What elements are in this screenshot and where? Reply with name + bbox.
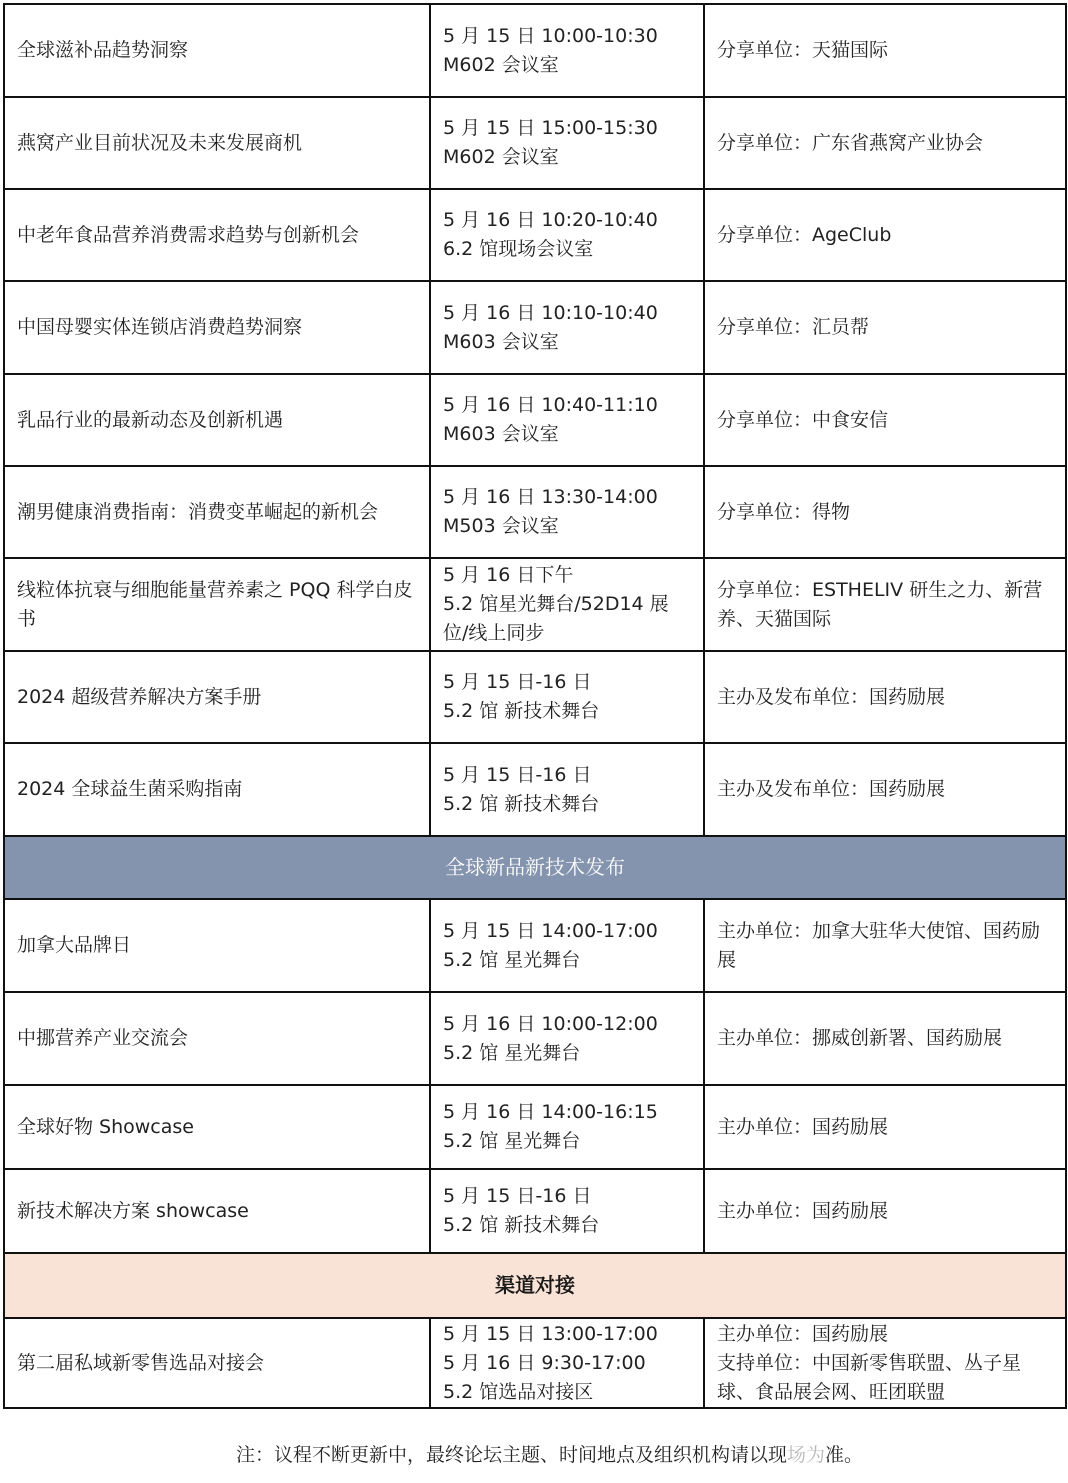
table-row: 2024 全球益生菌采购指南5 月 15 日-16 日5.2 馆 新技术舞台主办…: [4, 743, 1066, 836]
time-location-line: 5 月 15 日 15:00-15:30: [443, 114, 693, 143]
organizer-line: 分享单位：中食安信: [717, 406, 1055, 435]
organizer-line: 支持单位：中国新零售联盟、丛子星球、食品展会网、旺团联盟: [717, 1349, 1055, 1407]
session-title: 加拿大品牌日: [4, 899, 430, 992]
session-time-location: 5 月 15 日 13:00-17:005 月 16 日 9:30-17:005…: [430, 1318, 704, 1408]
session-title: 第二届私域新零售选品对接会: [4, 1318, 430, 1408]
session-organizer: 分享单位：ESTHELIV 研生之力、新营养、天猫国际: [704, 558, 1066, 651]
session-time-location: 5 月 15 日 10:00-10:30M602 会议室: [430, 4, 704, 97]
session-title: 中挪营养产业交流会: [4, 992, 430, 1085]
session-title: 新技术解决方案 showcase: [4, 1169, 430, 1253]
section-header-row: 渠道对接: [4, 1253, 1066, 1318]
footnote-faded: 场为: [787, 1444, 825, 1466]
session-title: 2024 全球益生菌采购指南: [4, 743, 430, 836]
time-location-line: 5 月 16 日 10:20-10:40: [443, 206, 693, 235]
session-organizer: 分享单位：汇员帮: [704, 281, 1066, 374]
session-organizer: 主办单位：国药励展: [704, 1085, 1066, 1169]
session-organizer: 主办单位：国药励展支持单位：中国新零售联盟、丛子星球、食品展会网、旺团联盟: [704, 1318, 1066, 1408]
session-organizer: 主办单位：国药励展: [704, 1169, 1066, 1253]
time-location-line: M602 会议室: [443, 51, 693, 80]
time-location-line: 5.2 馆 星光舞台: [443, 1127, 693, 1156]
table-row: 中国母婴实体连锁店消费趋势洞察5 月 16 日 10:10-10:40M603 …: [4, 281, 1066, 374]
table-row: 2024 超级营养解决方案手册5 月 15 日-16 日5.2 馆 新技术舞台主…: [4, 651, 1066, 743]
time-location-line: 5.2 馆选品对接区: [443, 1378, 693, 1407]
time-location-line: 5 月 16 日 10:40-11:10: [443, 391, 693, 420]
section-header: 渠道对接: [4, 1253, 1066, 1318]
session-time-location: 5 月 15 日-16 日5.2 馆 新技术舞台: [430, 743, 704, 836]
table-row: 燕窝产业目前状况及未来发展商机5 月 15 日 15:00-15:30M602 …: [4, 97, 1066, 189]
organizer-line: 分享单位：AgeClub: [717, 221, 1055, 250]
time-location-line: 5 月 16 日 10:00-12:00: [443, 1010, 693, 1039]
time-location-line: 5 月 16 日 10:10-10:40: [443, 299, 693, 328]
session-organizer: 主办及发布单位：国药励展: [704, 743, 1066, 836]
table-row: 线粒体抗衰与细胞能量营养素之 PQQ 科学白皮书5 月 16 日下午5.2 馆星…: [4, 558, 1066, 651]
table-row: 全球滋补品趋势洞察5 月 15 日 10:00-10:30M602 会议室分享单…: [4, 4, 1066, 97]
time-location-line: M602 会议室: [443, 143, 693, 172]
footnote-main: 注：议程不断更新中，最终论坛主题、时间地点及组织机构请以现: [236, 1444, 787, 1466]
session-title: 潮男健康消费指南：消费变革崛起的新机会: [4, 466, 430, 558]
time-location-line: 5 月 16 日下午: [443, 561, 693, 590]
session-time-location: 5 月 15 日 14:00-17:005.2 馆 星光舞台: [430, 899, 704, 992]
time-location-line: 5 月 16 日 13:30-14:00: [443, 483, 693, 512]
organizer-line: 主办单位：挪威创新署、国药励展: [717, 1024, 1055, 1053]
table-row: 中老年食品营养消费需求趋势与创新机会5 月 16 日 10:20-10:406.…: [4, 189, 1066, 281]
session-organizer: 主办单位：挪威创新署、国药励展: [704, 992, 1066, 1085]
agenda-table: 全球滋补品趋势洞察5 月 15 日 10:00-10:30M602 会议室分享单…: [3, 3, 1067, 1409]
organizer-line: 分享单位：广东省燕窝产业协会: [717, 129, 1055, 158]
agenda-body: 全球滋补品趋势洞察5 月 15 日 10:00-10:30M602 会议室分享单…: [4, 4, 1066, 1408]
table-row: 全球好物 Showcase5 月 16 日 14:00-16:155.2 馆 星…: [4, 1085, 1066, 1169]
session-time-location: 5 月 16 日 13:30-14:00M503 会议室: [430, 466, 704, 558]
organizer-line: 主办单位：加拿大驻华大使馆、国药励展: [717, 917, 1055, 975]
session-organizer: 分享单位：中食安信: [704, 374, 1066, 466]
time-location-line: 5 月 15 日-16 日: [443, 1182, 693, 1211]
session-time-location: 5 月 16 日下午5.2 馆星光舞台/52D14 展位/线上同步: [430, 558, 704, 651]
organizer-line: 分享单位：得物: [717, 498, 1055, 527]
table-row: 乳品行业的最新动态及创新机遇5 月 16 日 10:40-11:10M603 会…: [4, 374, 1066, 466]
session-title: 2024 超级营养解决方案手册: [4, 651, 430, 743]
footnote: 注：议程不断更新中，最终论坛主题、时间地点及组织机构请以现场为准。: [236, 1440, 863, 1467]
session-title: 全球好物 Showcase: [4, 1085, 430, 1169]
table-row: 第二届私域新零售选品对接会5 月 15 日 13:00-17:005 月 16 …: [4, 1318, 1066, 1408]
time-location-line: 5 月 15 日-16 日: [443, 668, 693, 697]
time-location-line: 5 月 15 日 13:00-17:00: [443, 1320, 693, 1349]
time-location-line: 5.2 馆 星光舞台: [443, 946, 693, 975]
session-organizer: 分享单位：得物: [704, 466, 1066, 558]
time-location-line: 6.2 馆现场会议室: [443, 235, 693, 264]
session-time-location: 5 月 16 日 10:10-10:40M603 会议室: [430, 281, 704, 374]
time-location-line: 5 月 15 日 14:00-17:00: [443, 917, 693, 946]
time-location-line: 5 月 15 日-16 日: [443, 761, 693, 790]
session-title: 全球滋补品趋势洞察: [4, 4, 430, 97]
session-organizer: 主办及发布单位：国药励展: [704, 651, 1066, 743]
organizer-line: 主办单位：国药励展: [717, 1320, 1055, 1349]
time-location-line: 5.2 馆 新技术舞台: [443, 697, 693, 726]
time-location-line: 5 月 16 日 9:30-17:00: [443, 1349, 693, 1378]
organizer-line: 主办单位：国药励展: [717, 1197, 1055, 1226]
table-row: 新技术解决方案 showcase5 月 15 日-16 日5.2 馆 新技术舞台…: [4, 1169, 1066, 1253]
time-location-line: 5.2 馆 新技术舞台: [443, 790, 693, 819]
session-title: 乳品行业的最新动态及创新机遇: [4, 374, 430, 466]
table-row: 加拿大品牌日5 月 15 日 14:00-17:005.2 馆 星光舞台主办单位…: [4, 899, 1066, 992]
session-time-location: 5 月 15 日 15:00-15:30M602 会议室: [430, 97, 704, 189]
time-location-line: 5 月 16 日 14:00-16:15: [443, 1098, 693, 1127]
organizer-line: 主办及发布单位：国药励展: [717, 775, 1055, 804]
organizer-line: 分享单位：汇员帮: [717, 313, 1055, 342]
organizer-line: 分享单位：天猫国际: [717, 36, 1055, 65]
session-time-location: 5 月 15 日-16 日5.2 馆 新技术舞台: [430, 651, 704, 743]
session-time-location: 5 月 15 日-16 日5.2 馆 新技术舞台: [430, 1169, 704, 1253]
time-location-line: M503 会议室: [443, 512, 693, 541]
section-header-row: 全球新品新技术发布: [4, 836, 1066, 899]
time-location-line: 5.2 馆星光舞台/52D14 展位/线上同步: [443, 590, 693, 648]
session-title: 燕窝产业目前状况及未来发展商机: [4, 97, 430, 189]
organizer-line: 分享单位：ESTHELIV 研生之力、新营养、天猫国际: [717, 576, 1055, 634]
session-time-location: 5 月 16 日 14:00-16:155.2 馆 星光舞台: [430, 1085, 704, 1169]
session-time-location: 5 月 16 日 10:20-10:406.2 馆现场会议室: [430, 189, 704, 281]
time-location-line: 5.2 馆 新技术舞台: [443, 1211, 693, 1240]
session-organizer: 主办单位：加拿大驻华大使馆、国药励展: [704, 899, 1066, 992]
session-organizer: 分享单位：天猫国际: [704, 4, 1066, 97]
session-title: 线粒体抗衰与细胞能量营养素之 PQQ 科学白皮书: [4, 558, 430, 651]
table-row: 中挪营养产业交流会5 月 16 日 10:00-12:005.2 馆 星光舞台主…: [4, 992, 1066, 1085]
time-location-line: 5 月 15 日 10:00-10:30: [443, 22, 693, 51]
organizer-line: 主办单位：国药励展: [717, 1113, 1055, 1142]
session-organizer: 分享单位：AgeClub: [704, 189, 1066, 281]
session-time-location: 5 月 16 日 10:00-12:005.2 馆 星光舞台: [430, 992, 704, 1085]
session-title: 中老年食品营养消费需求趋势与创新机会: [4, 189, 430, 281]
session-time-location: 5 月 16 日 10:40-11:10M603 会议室: [430, 374, 704, 466]
table-row: 潮男健康消费指南：消费变革崛起的新机会5 月 16 日 13:30-14:00M…: [4, 466, 1066, 558]
session-organizer: 分享单位：广东省燕窝产业协会: [704, 97, 1066, 189]
session-title: 中国母婴实体连锁店消费趋势洞察: [4, 281, 430, 374]
time-location-line: M603 会议室: [443, 328, 693, 357]
time-location-line: 5.2 馆 星光舞台: [443, 1039, 693, 1068]
organizer-line: 主办及发布单位：国药励展: [717, 683, 1055, 712]
time-location-line: M603 会议室: [443, 420, 693, 449]
footnote-tail: 准。: [825, 1444, 863, 1466]
section-header: 全球新品新技术发布: [4, 836, 1066, 899]
